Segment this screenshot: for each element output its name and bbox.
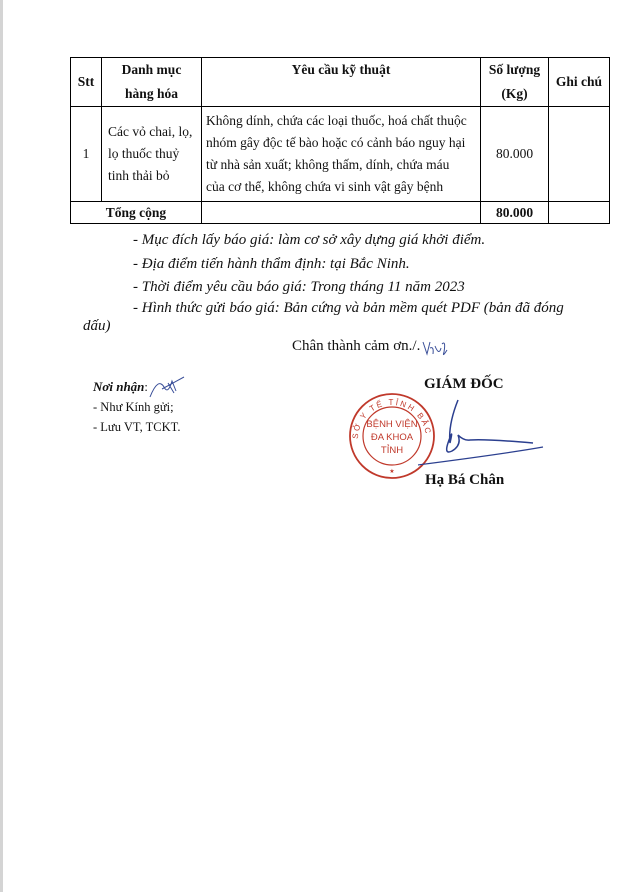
header-item-name-line: Danh mục [106, 58, 197, 82]
quotation-table: Stt Danh mục hàng hóa Yêu cầu kỹ thuật S… [70, 57, 610, 224]
stamp-center-line: TỈNH [381, 444, 403, 456]
total-quantity: 80.000 [481, 202, 549, 224]
table-total-row: Tổng cộng 80.000 [71, 202, 610, 224]
header-item-name: Danh mục hàng hóa [102, 58, 202, 107]
total-empty-cell [202, 202, 481, 224]
recipient-initial-icon [148, 373, 192, 401]
signatory-name: Hạ Bá Chân [425, 472, 504, 489]
cell-line: Không dính, chứa các loại thuốc, hoá chấ… [206, 110, 476, 132]
svg-text:★: ★ [389, 468, 394, 475]
header-note: Ghi chú [549, 58, 610, 107]
cell-requirements: Không dính, chứa các loại thuốc, hoá chấ… [202, 107, 481, 202]
cell-line: nhóm gây độc tế bào hoặc có cảnh báo ngu… [206, 132, 476, 154]
recipients-title-text: Nơi nhận [93, 379, 144, 394]
cell-line: của cơ thể, không chứa vi sinh vật gây b… [206, 176, 476, 198]
header-item-name-line: hàng hóa [106, 82, 197, 106]
header-stt: Stt [71, 58, 102, 107]
note-purpose: - Mục đích lấy báo giá: làm cơ sở xây dự… [133, 232, 485, 249]
recipient-item: - Lưu VT, TCKT. [93, 417, 180, 437]
thanks-text: Chân thành cảm ơn./. [292, 338, 420, 355]
note-format-continuation: dấu) [83, 318, 111, 335]
cell-line: từ nhà sản xuất; không thấm, dính, chứa … [206, 154, 476, 176]
stamp-center-line: BỆNH VIỆN [366, 419, 417, 430]
cell-line: tinh thải bỏ [108, 165, 197, 187]
initial-signature-icon [420, 336, 452, 360]
cell-line: lọ thuốc thuỷ [108, 143, 197, 165]
viewer-left-edge [0, 0, 3, 892]
cell-quantity: 80.000 [481, 107, 549, 202]
stamp-center-line: ĐA KHOA [371, 432, 414, 443]
header-quantity: Số lượng (Kg) [481, 58, 549, 107]
total-note-cell [549, 202, 610, 224]
note-time: - Thời điểm yêu cầu báo giá: Trong tháng… [133, 279, 465, 296]
cell-item-name: Các vỏ chai, lọ, lọ thuốc thuỷ tinh thải… [102, 107, 202, 202]
note-format: - Hình thức gửi báo giá: Bản cứng và bản… [133, 300, 564, 317]
header-quantity-line: (Kg) [485, 82, 544, 106]
cell-line: Các vỏ chai, lọ, [108, 121, 197, 143]
header-quantity-line: Số lượng [485, 58, 544, 82]
table-header-row: Stt Danh mục hàng hóa Yêu cầu kỹ thuật S… [71, 58, 610, 107]
table-row: 1 Các vỏ chai, lọ, lọ thuốc thuỷ tinh th… [71, 107, 610, 202]
cell-note [549, 107, 610, 202]
total-label: Tổng cộng [71, 202, 202, 224]
cell-stt: 1 [71, 107, 102, 202]
note-location: - Địa điểm tiến hành thẩm định: tại Bắc … [133, 256, 410, 273]
header-requirements: Yêu cầu kỹ thuật [202, 58, 481, 107]
